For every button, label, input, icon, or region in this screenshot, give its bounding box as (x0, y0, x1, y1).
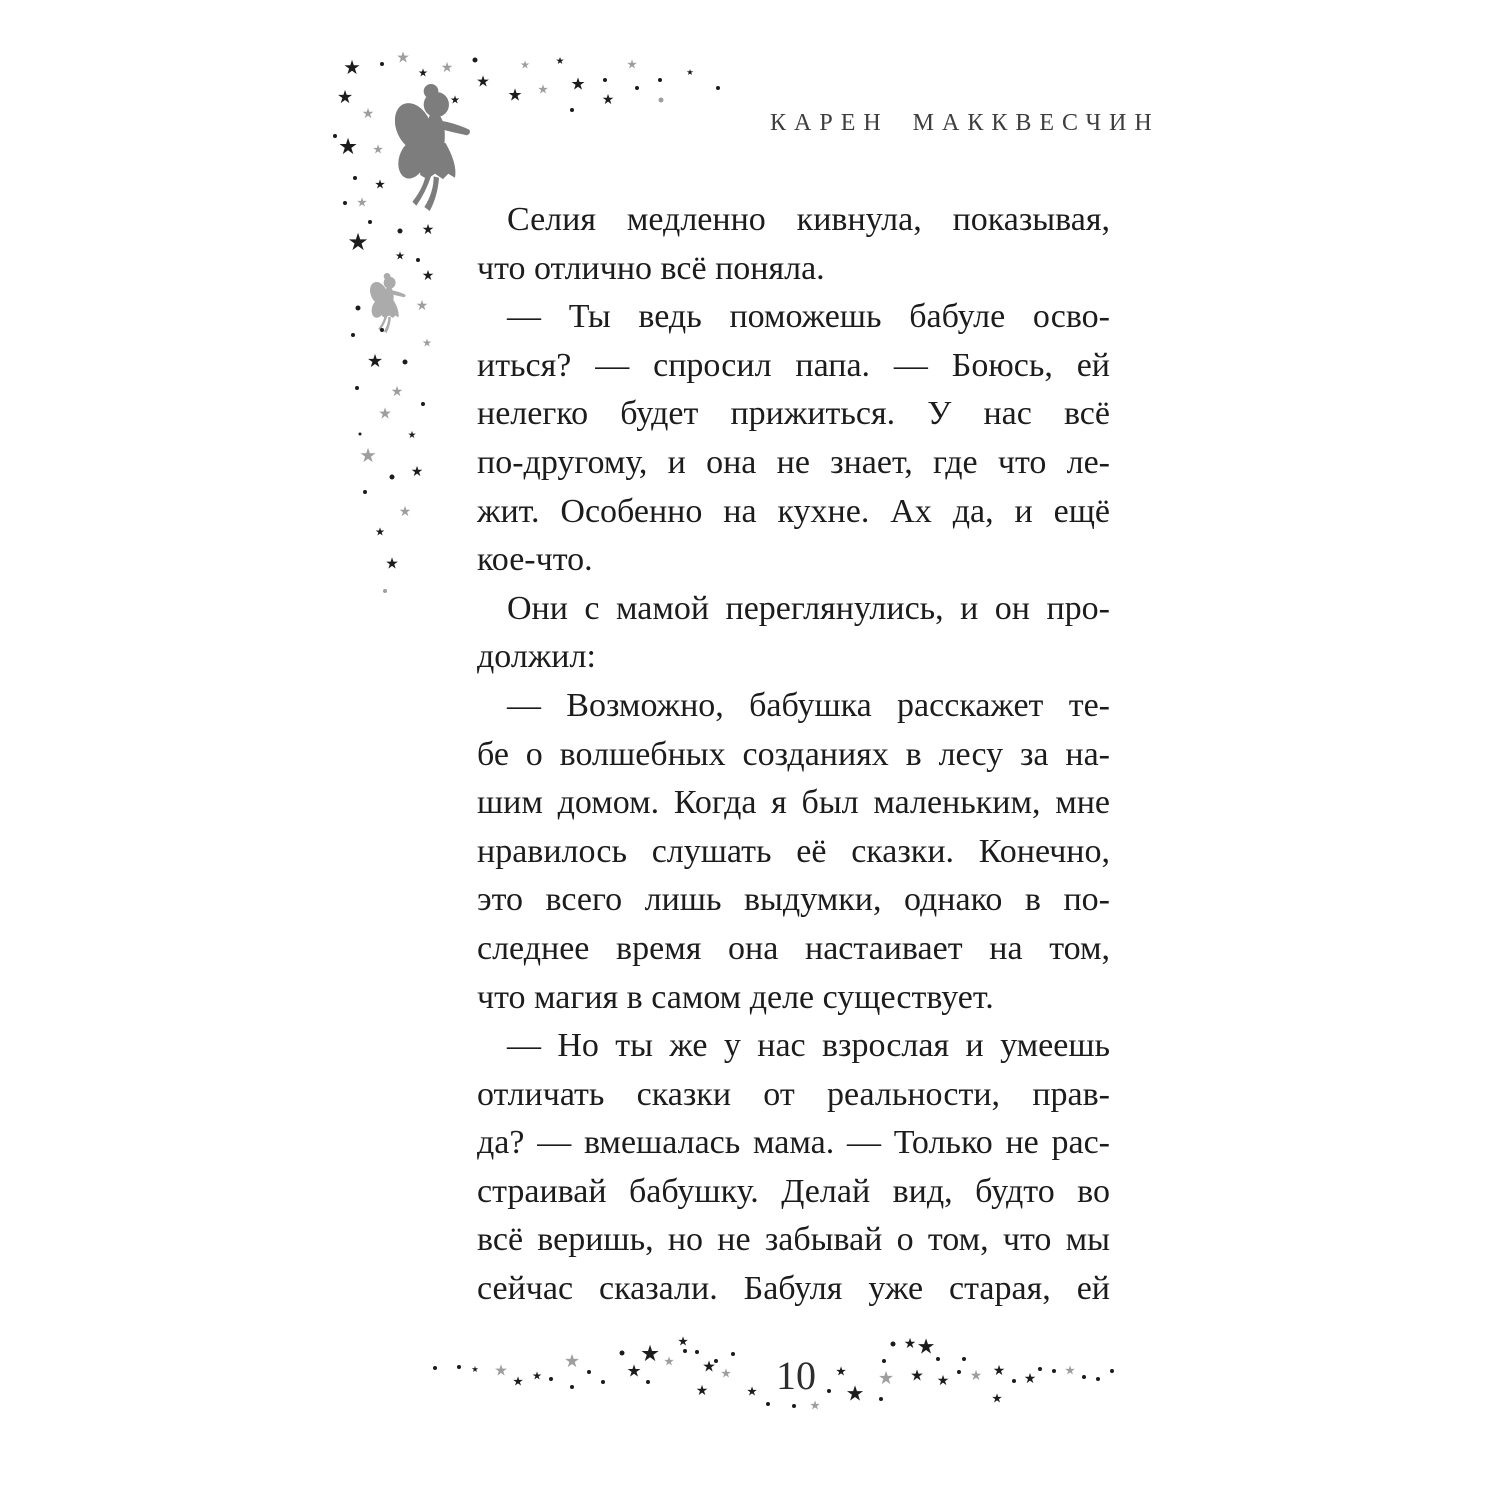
text-line: бе о волшебных созданиях в лесу за на- (477, 731, 1110, 780)
text-line: по-другому, и она не знает, где что ле- (477, 439, 1110, 488)
star-icon: ★ (375, 526, 385, 537)
star-icon: ★ (411, 465, 424, 479)
star-icon: ★ (338, 136, 358, 158)
star-icon (356, 306, 361, 311)
text-line: — Ты ведь поможешь бабуле осво- (477, 293, 1110, 342)
star-icon: ★ (917, 1337, 936, 1358)
star-icon (416, 258, 420, 262)
text-line: сейчас сказали. Бабуля уже старая, ей (477, 1265, 1110, 1314)
star-icon (635, 86, 639, 90)
star-icon: ★ (372, 144, 383, 157)
star-icon (368, 220, 372, 224)
star-icon (1038, 1367, 1042, 1371)
fairy-icon (395, 82, 475, 215)
star-icon (766, 1402, 770, 1406)
star-icon: ★ (362, 107, 375, 121)
star-icon (587, 1370, 591, 1374)
star-icon: ★ (910, 1368, 924, 1383)
star-icon (601, 1380, 605, 1384)
star-icon: ★ (416, 299, 429, 313)
star-icon: ★ (422, 337, 432, 348)
star-icon: ★ (696, 1384, 709, 1398)
text-line: кое-что. (477, 536, 1110, 585)
star-icon: ★ (385, 556, 399, 571)
star-icon: ★ (991, 1393, 1002, 1406)
text-line: отличать сказки от реальности, прав- (477, 1071, 1110, 1120)
star-icon: ★ (570, 76, 585, 93)
star-icon: ★ (359, 446, 377, 466)
star-icon (380, 328, 384, 332)
star-icon: ★ (347, 231, 368, 255)
star-icon (683, 1349, 687, 1353)
star-icon: ★ (422, 223, 435, 237)
star-icon (1096, 1377, 1100, 1381)
star-icon: ★ (677, 1336, 688, 1349)
star-icon: ★ (476, 74, 490, 89)
star-icon (714, 1359, 718, 1363)
star-icon (936, 1357, 940, 1361)
text-line: да? — вмешалась мама. — Только не рас- (477, 1119, 1110, 1168)
text-line: жит. Особенно на кухне. Ах да, и ещё (477, 488, 1110, 537)
text-line: должил: (477, 633, 1110, 682)
star-icon (359, 433, 362, 436)
star-icon: ★ (391, 385, 404, 399)
star-icon (351, 333, 355, 337)
star-icon: ★ (367, 353, 383, 371)
star-icon (879, 1397, 883, 1401)
star-icon (962, 1357, 966, 1361)
text-line: следнее время она настаивает на том, (477, 925, 1110, 974)
star-icon (646, 1380, 650, 1384)
star-icon: ★ (1024, 1372, 1037, 1386)
star-icon (570, 1385, 574, 1389)
star-icon: ★ (1064, 1365, 1075, 1378)
star-icon: ★ (418, 67, 428, 78)
star-icon: ★ (663, 1356, 674, 1369)
text-line: — Возможно, бабушка расскажет те- (477, 682, 1110, 731)
star-icon (570, 108, 574, 112)
star-icon: ★ (626, 59, 637, 72)
star-icon (549, 1377, 553, 1381)
text-line: это всего лишь выдумки, однако в по- (477, 876, 1110, 925)
star-icon (398, 229, 403, 234)
star-icon (695, 1350, 699, 1354)
star-icon: ★ (507, 87, 522, 104)
star-icon: ★ (835, 1366, 846, 1379)
star-icon (659, 98, 664, 103)
star-icon: ★ (520, 59, 530, 70)
star-icon: ★ (378, 406, 392, 421)
star-icon: ★ (532, 1370, 542, 1381)
star-icon: ★ (395, 250, 405, 261)
star-icon: ★ (846, 1384, 865, 1405)
star-icon (882, 1359, 886, 1363)
star-icon (716, 86, 720, 90)
text-line: шим домом. Когда я был маленьким, мне (477, 779, 1110, 828)
star-icon: ★ (537, 84, 548, 97)
star-icon: ★ (686, 68, 694, 76)
star-icon: ★ (602, 93, 615, 107)
star-icon (380, 62, 384, 66)
star-icon (457, 1365, 461, 1369)
text-line: — Но ты же у нас взрослая и умеешь (477, 1022, 1110, 1071)
text-line: Селия медленно кивнула, показывая, (477, 196, 1110, 245)
star-icon: ★ (970, 1369, 983, 1383)
star-icon: ★ (746, 1386, 757, 1399)
star-icon (421, 402, 425, 406)
star-icon: ★ (356, 197, 367, 210)
text-line: что магия в самом деле существует. (477, 974, 1110, 1023)
text-line: что отлично всё поняла. (477, 245, 1110, 294)
star-icon: ★ (564, 1353, 580, 1371)
text-line: нелегко будет прижиться. У нас всё (477, 390, 1110, 439)
text-line: нравилось слушать её сказки. Конечно, (477, 828, 1110, 877)
text-line: Они с мамой переглянулись, и он про- (477, 585, 1110, 634)
star-icon (343, 201, 347, 205)
star-icon (473, 58, 478, 63)
page-number: 10 (758, 1352, 834, 1399)
star-icon: ★ (343, 58, 361, 78)
star-icon (658, 78, 662, 82)
star-icon: ★ (878, 1370, 894, 1388)
star-icon (792, 1404, 796, 1408)
star-icon: ★ (396, 50, 410, 65)
star-icon (333, 134, 337, 138)
star-icon (355, 386, 359, 390)
text-line: всё веришь, но не забывай о том, что мы (477, 1216, 1110, 1265)
star-icon (383, 589, 387, 593)
star-icon (603, 78, 607, 82)
star-icon: ★ (450, 94, 460, 105)
book-page: КАРЕН МАККВЕСЧИН ★★★★★★★★★★★★★★★★★★★★★★★… (0, 0, 1500, 1500)
star-icon (433, 1366, 437, 1370)
text-line: страивай бабушку. Делай вид, будто во (477, 1168, 1110, 1217)
star-icon (403, 360, 408, 365)
text-line: иться? — спросил папа. — Боюсь, ей (477, 342, 1110, 391)
star-icon: ★ (408, 431, 417, 441)
star-icon (731, 1352, 735, 1356)
star-icon: ★ (556, 57, 565, 67)
star-icon: ★ (720, 1368, 731, 1381)
star-icon (390, 475, 395, 480)
body-text: Селия медленно кивнула, показывая,что от… (477, 196, 1110, 1314)
star-icon (957, 1370, 961, 1374)
star-icon: ★ (399, 505, 412, 519)
star-icon: ★ (374, 179, 385, 192)
star-icon (1082, 1375, 1086, 1379)
star-icon: ★ (904, 1337, 917, 1351)
star-icon: ★ (471, 1365, 479, 1373)
star-icon (1110, 1369, 1114, 1373)
star-icon (1012, 1379, 1016, 1383)
star-icon (353, 176, 357, 180)
star-icon: ★ (937, 1374, 950, 1388)
small-fairy-icon (370, 272, 408, 335)
running-head-author: КАРЕН МАККВЕСЧИН (770, 110, 1130, 137)
star-icon (363, 490, 367, 494)
star-icon: ★ (640, 1343, 660, 1365)
star-icon: ★ (337, 89, 353, 107)
star-icon: ★ (422, 269, 435, 283)
star-icon (891, 1342, 896, 1347)
star-icon: ★ (993, 1364, 1006, 1378)
star-icon: ★ (494, 1363, 508, 1378)
star-icon: ★ (809, 1400, 820, 1413)
star-icon: ★ (441, 61, 454, 75)
star-icon (620, 1351, 625, 1356)
star-icon: ★ (512, 1376, 523, 1389)
star-icon (1052, 1369, 1056, 1373)
